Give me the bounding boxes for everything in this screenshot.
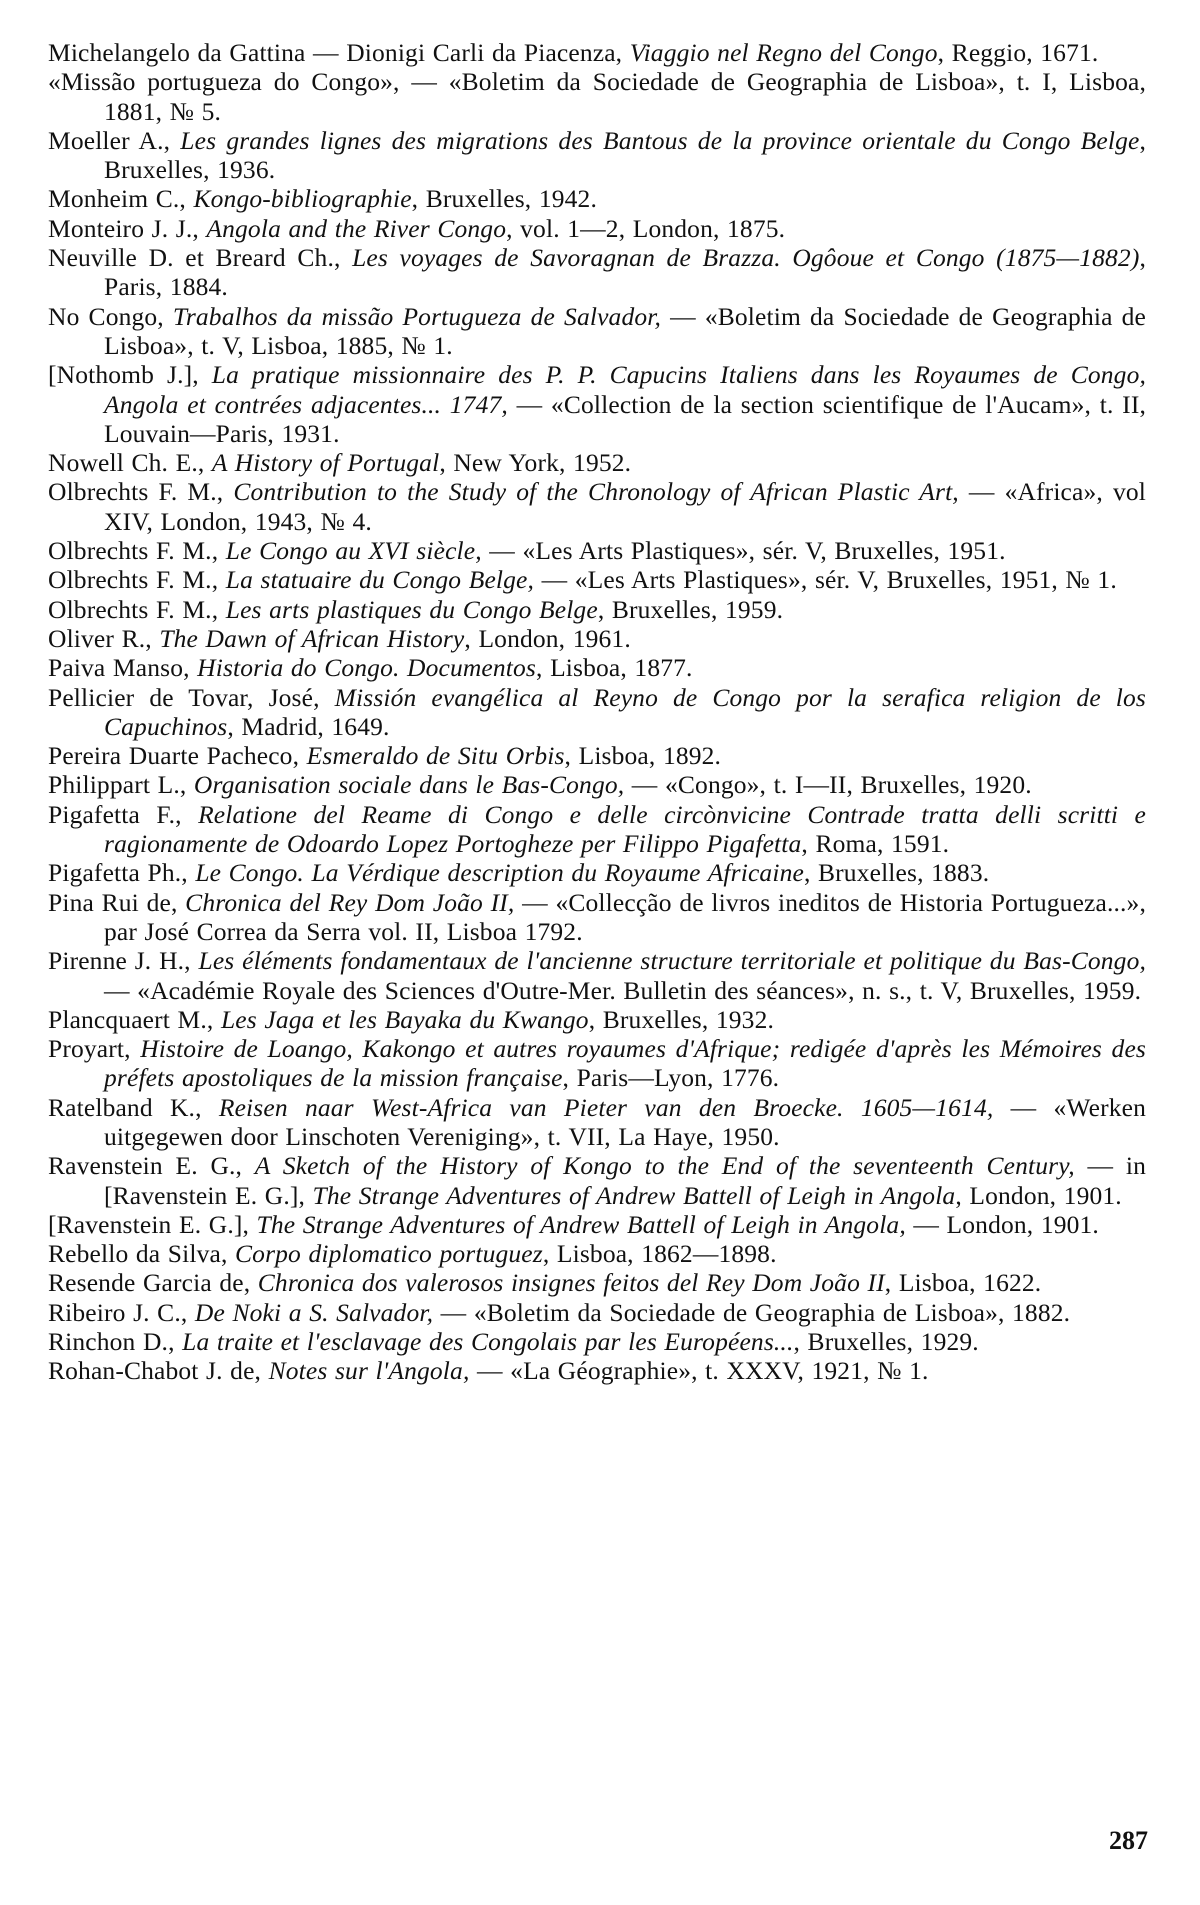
- bibliography-entry: Pellicier de Tovar, José, Missión evangé…: [48, 683, 1146, 742]
- entry-text: — «Boletim da Sociedade de Geographia de…: [433, 1298, 1070, 1327]
- entry-text: Pigafetta F.,: [48, 800, 198, 829]
- entry-text: Pirenne J. H.,: [48, 946, 199, 975]
- bibliography-entry: Olbrechts F. M., Les arts plastiques du …: [48, 595, 1146, 624]
- bibliography-entry: Monheim C., Kongo-bibliographie, Bruxell…: [48, 184, 1146, 213]
- entry-text: , Paris—Lyon, 1776.: [563, 1063, 780, 1092]
- entry-text: Resende Garcia de,: [48, 1268, 258, 1297]
- entry-title: Relatione del Reame di Congo e delle cir…: [104, 800, 1146, 858]
- bibliography-entry: Resende Garcia de, Chronica dos valeroso…: [48, 1268, 1146, 1297]
- entry-title: Les arts plastiques du Congo Belge: [226, 595, 598, 624]
- entry-title: Le Congo au XVI siècle,: [226, 536, 482, 565]
- entry-text: Olbrechts F. M.,: [48, 536, 226, 565]
- entry-text: Ribeiro J. C.,: [48, 1298, 195, 1327]
- entry-title: Les voyages de Savoragnan de Brazza. Ogô…: [352, 243, 1139, 272]
- bibliography-entry: Oliver R., The Dawn of African History, …: [48, 624, 1146, 653]
- entry-text: Neuville D. et Breard Ch.,: [48, 243, 352, 272]
- entry-text: , Lisboa, 1862—1898.: [543, 1239, 777, 1268]
- entry-text: Plancquaert M.,: [48, 1005, 221, 1034]
- entry-text: Nowell Ch. E.,: [48, 448, 212, 477]
- entry-text: Monheim C.,: [48, 184, 193, 213]
- entry-text: , London, 1901.: [955, 1181, 1121, 1210]
- bibliography-entry: Philippart L., Organisation sociale dans…: [48, 770, 1146, 799]
- entry-title: Le Congo. La Vérdique description du Roy…: [195, 858, 804, 887]
- entry-title: Reisen naar West-Africa van Pieter van d…: [219, 1093, 994, 1122]
- entry-text: — «Les Arts Plastiques», sér. V, Bruxell…: [534, 565, 1117, 594]
- entry-title: Esmeraldo de Situ Orbis: [307, 741, 565, 770]
- entry-text: , Lisboa, 1622.: [885, 1268, 1042, 1297]
- page-number: 287: [1100, 1826, 1148, 1856]
- entry-title: Viaggio nel Regno del Congo: [630, 38, 938, 67]
- bibliography-page: Michelangelo da Gattina — Dionigi Carli …: [48, 38, 1146, 1386]
- bibliography-entry: Pigafetta F., Relatione del Reame di Con…: [48, 800, 1146, 859]
- entry-text: Olbrechts F. M.,: [48, 477, 233, 506]
- entry-text: , Roma, 1591.: [801, 829, 949, 858]
- bibliography-entry: Olbrechts F. M., La statuaire du Congo B…: [48, 565, 1146, 594]
- entry-text: No Congo,: [48, 302, 173, 331]
- bibliography-entry: Nowell Ch. E., A History of Portugal, Ne…: [48, 448, 1146, 477]
- entry-text: Rebello da Silva,: [48, 1239, 235, 1268]
- entry-title: The Dawn of African History: [159, 624, 464, 653]
- entry-text: Rohan-Chabot J. de,: [48, 1356, 269, 1385]
- bibliography-entry: Rebello da Silva, Corpo diplomatico port…: [48, 1239, 1146, 1268]
- entry-text: Philippart L.,: [48, 770, 194, 799]
- entry-title: Organisation sociale dans le Bas-Congo,: [194, 770, 624, 799]
- entry-text: Rinchon D.,: [48, 1327, 182, 1356]
- entry-title: Les grandes lignes des migrations des Ba…: [180, 126, 1139, 155]
- entry-text: , London, 1961.: [464, 624, 630, 653]
- entry-text: — «Académie Royale des Sciences d'Outre-…: [104, 976, 1141, 1005]
- entry-title: Chronica dos valerosos insignes feitos d…: [258, 1268, 885, 1297]
- entry-title: Trabalhos da missão Portugueza de Salvad…: [173, 302, 661, 331]
- bibliography-entry: Plancquaert M., Les Jaga et les Bayaka d…: [48, 1005, 1146, 1034]
- entry-title: Corpo diplomatico portuguez: [235, 1239, 543, 1268]
- entry-text: Oliver R.,: [48, 624, 159, 653]
- bibliography-entry: Ratelband K., Reisen naar West-Africa va…: [48, 1093, 1146, 1152]
- bibliography-entry: «Missão portugueza do Congo», — «Boletim…: [48, 67, 1146, 126]
- entry-title: Angola and the River Congo: [206, 214, 506, 243]
- entry-title: Les éléments fondamentaux de l'ancienne …: [199, 946, 1147, 975]
- bibliography-entry: Ribeiro J. C., De Noki a S. Salvador, — …: [48, 1298, 1146, 1327]
- entry-title: A Sketch of the History of Kongo to the …: [255, 1151, 1075, 1180]
- entry-text: Pellicier de Tovar, José,: [48, 683, 335, 712]
- bibliography-entry: No Congo, Trabalhos da missão Portugueza…: [48, 302, 1146, 361]
- entry-text: Pigafetta Ph.,: [48, 858, 195, 887]
- entry-text: «Missão portugueza do Congo», — «Boletim…: [48, 67, 1146, 125]
- entry-title: La statuaire du Congo Belge,: [226, 565, 534, 594]
- entry-text: , Madrid, 1649.: [227, 712, 389, 741]
- bibliography-entry: Olbrechts F. M., Contribution to the Stu…: [48, 477, 1146, 536]
- entry-text: Paiva Manso,: [48, 653, 197, 682]
- entry-text: Michelangelo da Gattina — Dionigi Carli …: [48, 38, 630, 67]
- bibliography-entry: Pina Rui de, Chronica del Rey Dom João I…: [48, 888, 1146, 947]
- bibliography-entry: Pigafetta Ph., Le Congo. La Vérdique des…: [48, 858, 1146, 887]
- entry-text: — «La Géographie», t. XXXV, 1921, № 1.: [469, 1356, 928, 1385]
- bibliography-entry: Rohan-Chabot J. de, Notes sur l'Angola, …: [48, 1356, 1146, 1385]
- bibliography-entry: Proyart, Histoire de Loango, Kakongo et …: [48, 1034, 1146, 1093]
- bibliography-entry: Pereira Duarte Pacheco, Esmeraldo de Sit…: [48, 741, 1146, 770]
- entry-text: [Nothomb J.],: [48, 360, 212, 389]
- bibliography-entry: Ravenstein E. G., A Sketch of the Histor…: [48, 1151, 1146, 1210]
- bibliography-entry: Rinchon D., La traite et l'esclavage des…: [48, 1327, 1146, 1356]
- entry-title: De Noki a S. Salvador,: [195, 1298, 433, 1327]
- entry-text: — London, 1901.: [906, 1210, 1099, 1239]
- entry-title: Kongo-bibliographie: [193, 184, 411, 213]
- entry-text: Monteiro J. J.,: [48, 214, 206, 243]
- entry-text: , Bruxelles, 1932.: [589, 1005, 774, 1034]
- bibliography-entry: [Ravenstein E. G.], The Strange Adventur…: [48, 1210, 1146, 1239]
- entry-text: Olbrechts F. M.,: [48, 565, 226, 594]
- entry-text: , Lisboa, 1892.: [565, 741, 722, 770]
- entry-text: , Lisboa, 1877.: [536, 653, 693, 682]
- entry-text: Pereira Duarte Pacheco,: [48, 741, 307, 770]
- entry-title: Les Jaga et les Bayaka du Kwango: [221, 1005, 589, 1034]
- entry-text: , vol. 1—2, London, 1875.: [506, 214, 785, 243]
- bibliography-list: Michelangelo da Gattina — Dionigi Carli …: [48, 38, 1146, 1386]
- entry-text: Ratelband K.,: [48, 1093, 219, 1122]
- entry-title: Notes sur l'Angola,: [269, 1356, 470, 1385]
- bibliography-entry: [Nothomb J.], La pratique missionnaire d…: [48, 360, 1146, 448]
- entry-title: Chronica del Rey Dom João II,: [185, 888, 514, 917]
- bibliography-entry: Paiva Manso, Historia do Congo. Document…: [48, 653, 1146, 682]
- entry-text: , Bruxelles, 1929.: [793, 1327, 978, 1356]
- bibliography-entry: Michelangelo da Gattina — Dionigi Carli …: [48, 38, 1146, 67]
- entry-text: Proyart,: [48, 1034, 140, 1063]
- entry-text: , New York, 1952.: [439, 448, 631, 477]
- bibliography-entry: Pirenne J. H., Les éléments fondamentaux…: [48, 946, 1146, 1005]
- entry-text: Moeller A.,: [48, 126, 180, 155]
- bibliography-entry: Monteiro J. J., Angola and the River Con…: [48, 214, 1146, 243]
- entry-text: , Bruxelles, 1883.: [804, 858, 989, 887]
- entry-title: A History of Portugal: [212, 448, 439, 477]
- entry-title: La traite et l'esclavage des Congolais p…: [182, 1327, 793, 1356]
- entry-text: , Reggio, 1671.: [938, 38, 1099, 67]
- entry-text: [Ravenstein E. G.],: [48, 1210, 257, 1239]
- entry-title: Historia do Congo. Documentos: [197, 653, 536, 682]
- entry-text: — «Les Arts Plastiques», sér. V, Bruxell…: [482, 536, 1006, 565]
- entry-text: Pina Rui de,: [48, 888, 185, 917]
- entry-title: Contribution to the Study of the Chronol…: [233, 477, 959, 506]
- entry-text: , Bruxelles, 1942.: [412, 184, 597, 213]
- bibliography-entry: Neuville D. et Breard Ch., Les voyages d…: [48, 243, 1146, 302]
- entry-text: , Bruxelles, 1959.: [598, 595, 783, 624]
- entry-text: — «Congo», t. I—II, Bruxelles, 1920.: [624, 770, 1031, 799]
- entry-text: Olbrechts F. M.,: [48, 595, 226, 624]
- bibliography-entry: Olbrechts F. M., Le Congo au XVI siècle,…: [48, 536, 1146, 565]
- entry-title: The Strange Adventures of Andrew Battell…: [313, 1181, 956, 1210]
- entry-title: The Strange Adventures of Andrew Battell…: [257, 1210, 906, 1239]
- bibliography-entry: Moeller A., Les grandes lignes des migra…: [48, 126, 1146, 185]
- entry-text: Ravenstein E. G.,: [48, 1151, 255, 1180]
